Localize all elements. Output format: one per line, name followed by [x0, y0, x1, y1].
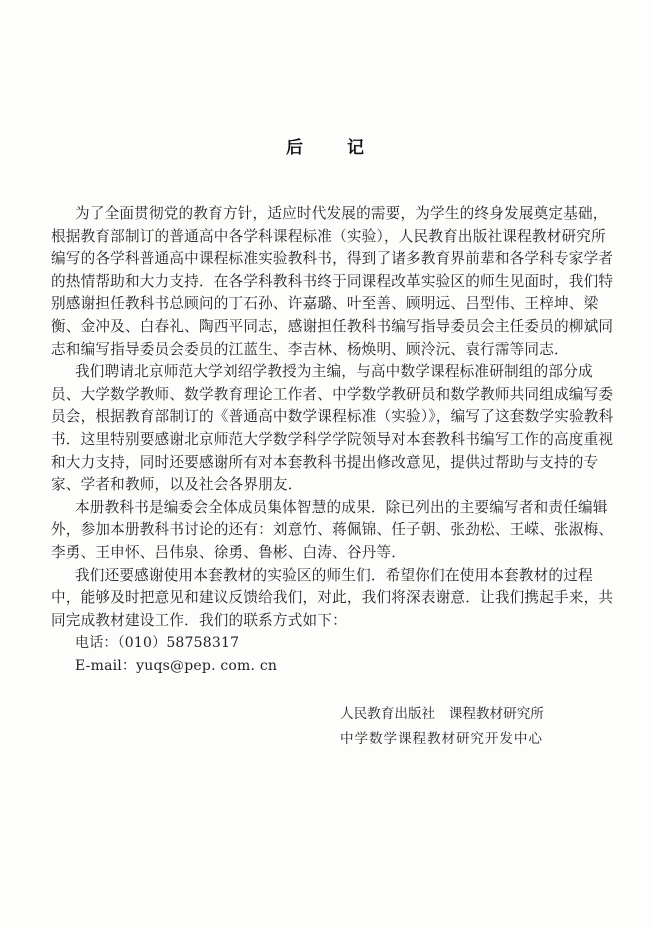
paragraph-1-line-6: 衡、金冲及、白春礼、陶西平同志，感谢担任教科书编写指导委员会主任委员的柳斌同 — [51, 316, 567, 339]
signature-block: 人民教育出版社 课程教材研究所 中学数学课程教材研究开发中心 — [340, 702, 542, 752]
paragraph-2-line-6: 家、学者和教师，以及社会各界朋友． — [51, 474, 567, 497]
paragraph-3-line-1: 本册教科书是编委会全体成员集体智慧的成果．除已列出的主要编写者和责任编辑 — [51, 497, 567, 520]
paragraph-2-line-4: 书．这里特别要感谢北京师范大学数学科学学院领导对本套教科书编写工作的高度重视 — [51, 429, 567, 452]
paragraph-3-line-2: 外，参加本册教科书讨论的还有：刘意竹、蒋佩锦、任子朝、张劲松、王嵘、张淑梅、 — [51, 519, 567, 542]
title-char-1: 后 — [286, 133, 303, 158]
paragraph-1-line-2: 根据教育部制订的普通高中各学科课程标准（实验），人民教育出版社课程教材研究所 — [51, 226, 567, 249]
paragraph-1-line-4: 的热情帮助和大力支持．在各学科教科书终于同课程改革实验区的师生见面时，我们特 — [51, 271, 567, 294]
body-text: 为了全面贯彻党的教育方针，适应时代发展的需要，为学生的终身发展奠定基础， 根据教… — [51, 203, 567, 677]
paragraph-2-line-3: 员会，根据教育部制订的《普通高中数学课程标准（实验）》，编写了这套数学实验教科 — [51, 406, 567, 429]
title-char-2: 记 — [347, 133, 364, 158]
paragraph-2-line-1: 我们聘请北京师范大学刘绍学教授为主编，与高中数学课程标准研制组的部分成 — [51, 361, 567, 384]
paragraph-2-line-2: 员、大学数学教师、数学教育理论工作者、中学数学教研员和数学教师共同组成编写委 — [51, 384, 567, 407]
paragraph-2-line-5: 和大力支持，同时还要感谢所有对本套教科书提出修改意见，提供过帮助与支持的专 — [51, 452, 567, 475]
paragraph-1-line-7: 志和编写指导委员会委员的江蓝生、李吉林、杨焕明、顾泠沅、袁行霈等同志． — [51, 339, 567, 362]
contact-email: E-mail：yuqs@pep. com. cn — [51, 655, 567, 678]
signature-line-2: 中学数学课程教材研究开发中心 — [340, 727, 542, 752]
paragraph-3-line-3: 李勇、王申怀、吕伟泉、徐勇、鲁彬、白涛、谷丹等． — [51, 542, 567, 565]
contact-phone: 电话：（010）58758317 — [51, 632, 567, 655]
paragraph-1-line-1: 为了全面贯彻党的教育方针，适应时代发展的需要，为学生的终身发展奠定基础， — [51, 203, 567, 226]
paragraph-4-line-2: 中，能够及时把意见和建议反馈给我们，对此，我们将深表谢意．让我们携起手来，共 — [51, 587, 567, 610]
paragraph-1-line-3: 编写的各学科普通高中课程标准实验教科书，得到了诸多教育界前辈和各学科专家学者 — [51, 248, 567, 271]
page-title: 后记 — [0, 133, 650, 158]
paragraph-1-line-5: 别感谢担任教科书总顾问的丁石孙、许嘉璐、叶至善、顾明远、吕型伟、王梓坤、梁 — [51, 293, 567, 316]
signature-line-1: 人民教育出版社 课程教材研究所 — [340, 702, 542, 727]
document-page: 后记 为了全面贯彻党的教育方针，适应时代发展的需要，为学生的终身发展奠定基础， … — [0, 0, 650, 928]
paragraph-4-line-1: 我们还要感谢使用本套教材的实验区的师生们．希望你们在使用本套教材的过程 — [51, 565, 567, 588]
paragraph-4-line-3: 同完成教材建设工作．我们的联系方式如下： — [51, 610, 567, 633]
